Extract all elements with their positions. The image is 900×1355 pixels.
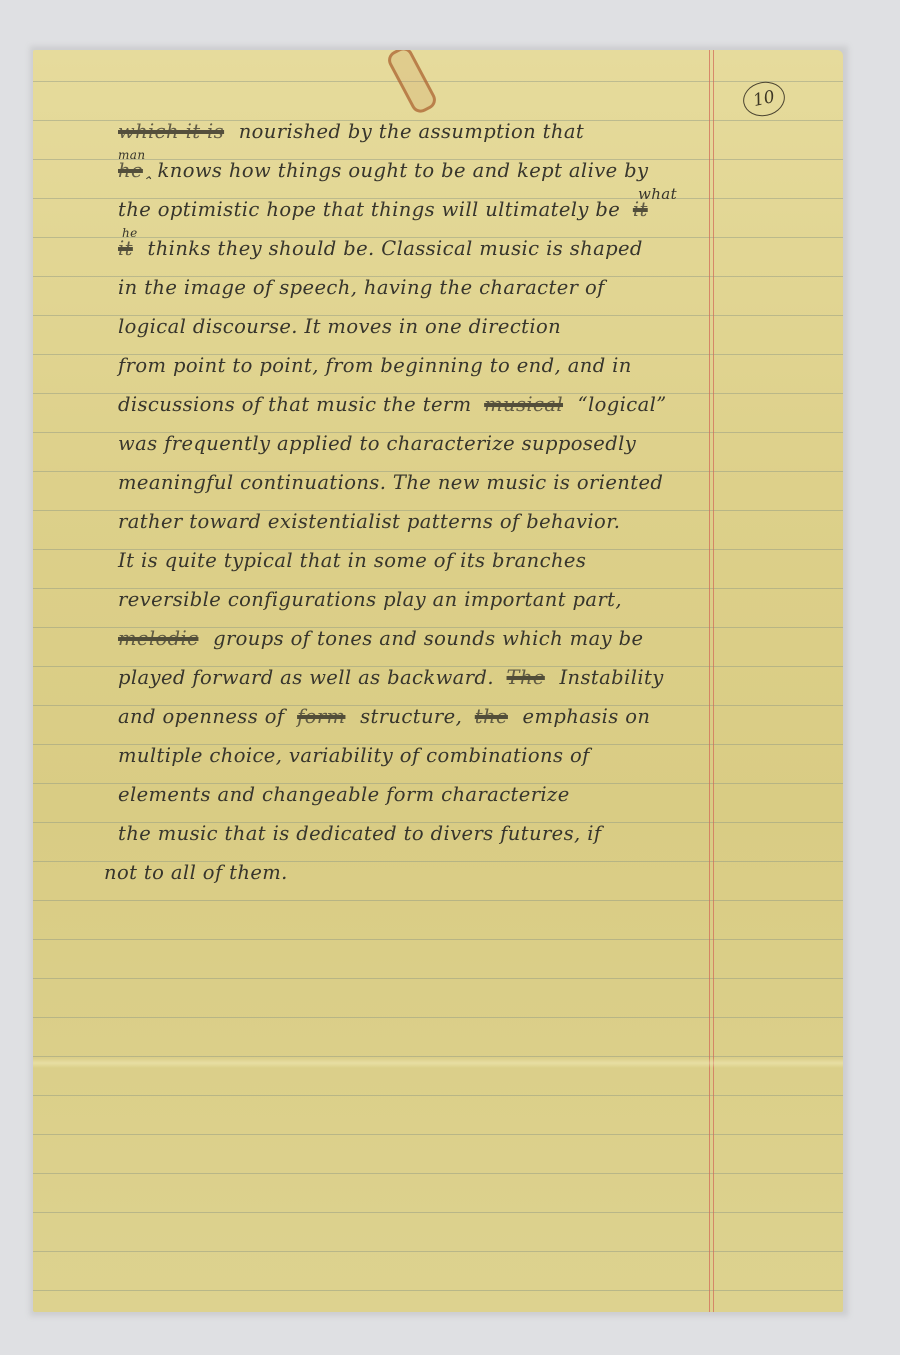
line-text-after: “logical” <box>578 393 667 416</box>
hw-line-9: was frequently applied to characterize s… <box>118 424 738 463</box>
hw-line-15: played forward as well as backward. The … <box>118 658 738 697</box>
line-text-after: emphasis on <box>523 705 651 728</box>
line-text: played forward as well as backward. <box>118 666 494 689</box>
hw-line-19: the music that is dedicated to divers fu… <box>118 814 738 853</box>
line-text: It is quite typical that in some of its … <box>118 549 586 572</box>
line-text: rather toward existentialist patterns of… <box>118 510 620 533</box>
handwritten-text-block: which it is nourished by the assumption … <box>118 112 738 892</box>
hw-line-16: and openness of form structure, the emph… <box>118 697 738 736</box>
line-text: thinks they should be. Classical music i… <box>147 237 642 260</box>
manuscript-page: 10 which it is nourished by the assumpti… <box>33 50 843 1312</box>
line-text: discussions of that music the term <box>118 393 472 416</box>
struck-text: musical <box>484 385 563 424</box>
line-text: and openness of <box>118 705 284 728</box>
hw-line-8: discussions of that music the term music… <box>118 385 738 424</box>
paper-fold-crease <box>33 1058 843 1068</box>
hw-line-10: meaningful continuations. The new music … <box>118 463 738 502</box>
hw-line-12: It is quite typical that in some of its … <box>118 541 738 580</box>
hw-line-18: elements and changeable form characteriz… <box>118 775 738 814</box>
line-text-after: Instability <box>559 666 663 689</box>
line-text: the music that is dedicated to divers fu… <box>118 822 601 845</box>
line-text: nourished by the assumption that <box>239 120 584 143</box>
line-text: elements and changeable form characteriz… <box>118 783 570 806</box>
hw-line-6: logical discourse. It moves in one direc… <box>118 307 738 346</box>
line-text: groups of tones and sounds which may be <box>213 627 643 650</box>
line-text: not to all of them. <box>104 861 288 884</box>
struck-text: it <box>118 229 133 268</box>
page-number-text: 10 <box>751 87 776 111</box>
hw-line-17: multiple choice, variability of combinat… <box>118 736 738 775</box>
line-text: the optimistic hope that things will ult… <box>118 198 620 221</box>
struck-text: he <box>118 151 143 190</box>
struck-text: melodic <box>118 619 198 658</box>
line-text: from point to point, from beginning to e… <box>118 354 632 377</box>
insertion-caret-icon: ⌃ <box>142 175 152 187</box>
struck-text: the <box>475 697 508 736</box>
hw-line-5: in the image of speech, having the chara… <box>118 268 738 307</box>
hw-line-14: melodic groups of tones and sounds which… <box>118 619 738 658</box>
struck-text: which it is <box>118 112 224 151</box>
struck-text: form <box>297 697 345 736</box>
hw-line-4: he it thinks they should be. Classical m… <box>118 229 738 268</box>
hw-line-20: not to all of them. <box>104 853 738 892</box>
hw-line-11: rather toward existentialist patterns of… <box>118 502 738 541</box>
line-text: multiple choice, variability of combinat… <box>118 744 590 767</box>
hw-line-7: from point to point, from beginning to e… <box>118 346 738 385</box>
hw-line-1: which it is nourished by the assumption … <box>118 112 738 151</box>
line-text-after: structure, <box>360 705 462 728</box>
struck-text: it <box>633 190 648 229</box>
line-text: was frequently applied to characterize s… <box>118 432 636 455</box>
line-text: meaningful continuations. The new music … <box>118 471 663 494</box>
line-text: logical discourse. It moves in one direc… <box>118 315 561 338</box>
line-text: knows how things ought to be and kept al… <box>158 159 649 182</box>
hw-line-13: reversible configurations play an import… <box>118 580 738 619</box>
struck-text: The <box>507 658 545 697</box>
line-text: reversible configurations play an import… <box>118 588 622 611</box>
line-text: in the image of speech, having the chara… <box>118 276 605 299</box>
hw-line-3: the optimistic hope that things will ult… <box>118 190 738 229</box>
